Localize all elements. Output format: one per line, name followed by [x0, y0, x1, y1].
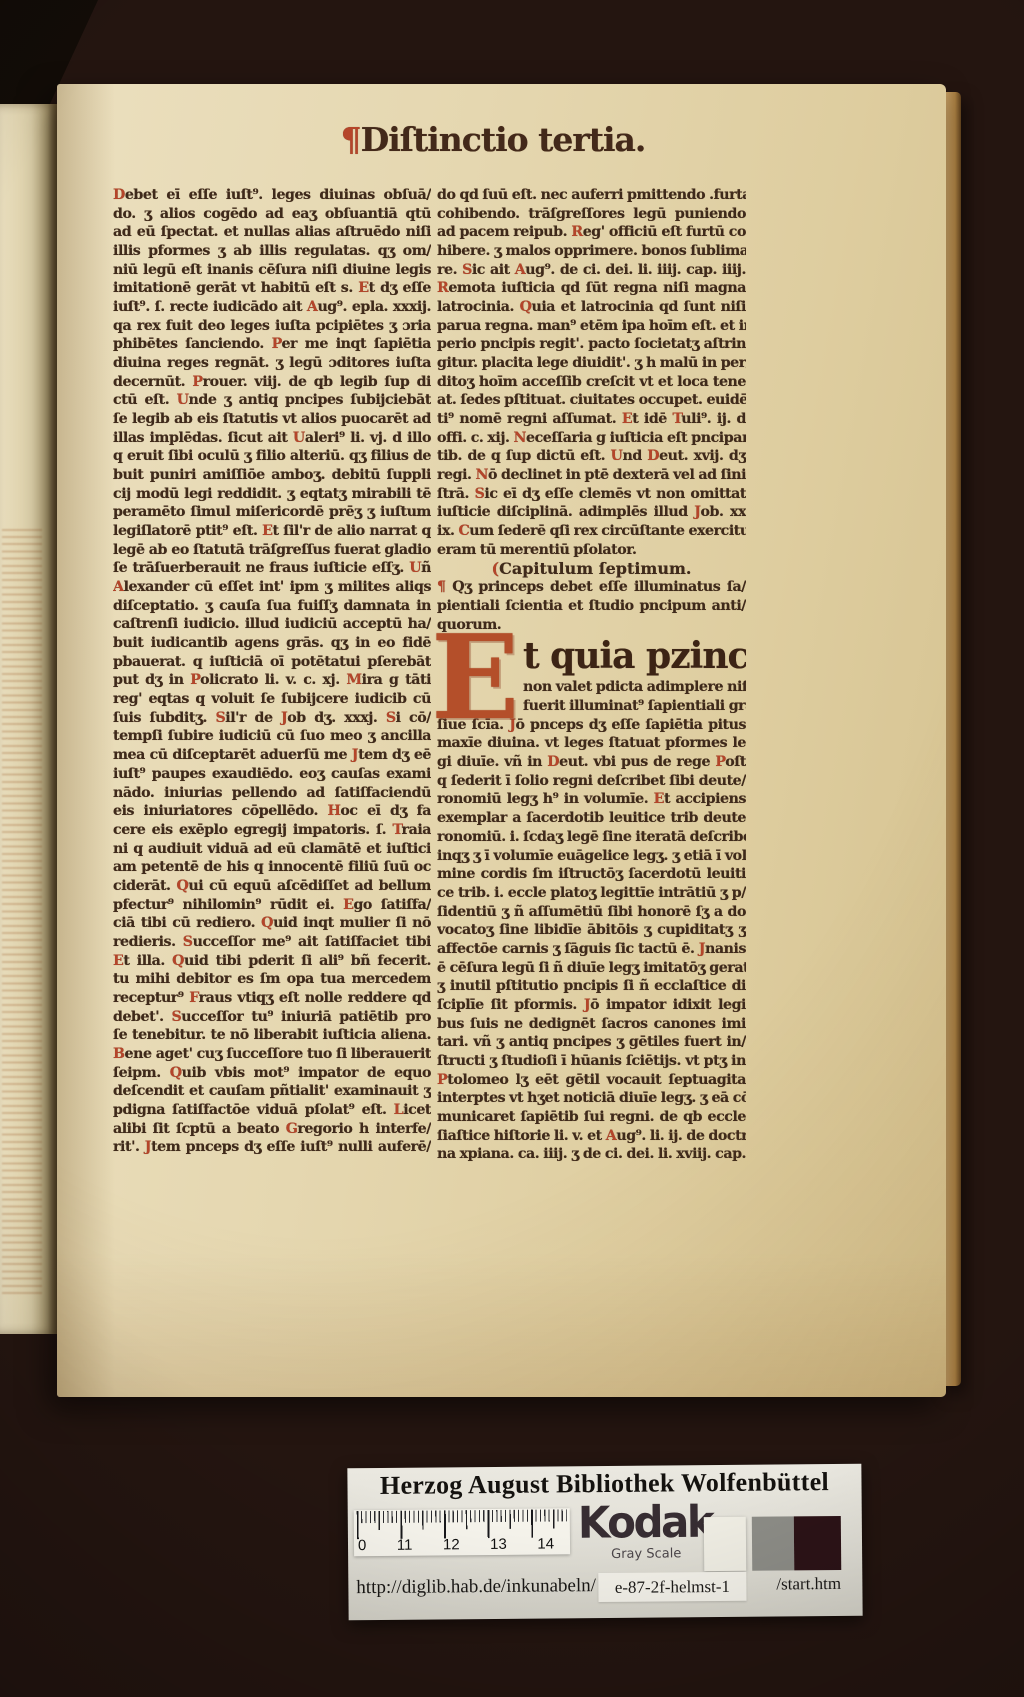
text-line: ſeipm. Quib vbis mot⁹ impator de equo — [113, 1064, 431, 1083]
text-line: affectōe carnis ʒ ſāguis ſic tactū ē. Jn… — [437, 940, 746, 959]
text-line: parua regna. man⁹ etēm ipa hoīm eſt. et … — [437, 317, 746, 336]
text-line: ſciplīe ſit pformis. Jō impator idixit l… — [437, 996, 746, 1015]
text-line: alibi ſit ſcptū a beato Gregorio h inter… — [113, 1120, 431, 1139]
heading-text: Diſtinctio tertia. — [361, 120, 646, 159]
text-line: ti⁹ nomē regni aſſumat. Et idē Tuli⁹. ij… — [437, 410, 746, 429]
text-line: eram tū merentiū pſolator. — [437, 541, 746, 560]
text-line: gi diuīe. vñ in Deut. vbi pus de rege Po… — [437, 753, 746, 772]
chapter-heading: (Capitulum ſeptimum. — [437, 559, 746, 578]
text-line: ʒ inutil pſtitutio pncipis ſi ñ ecclaſti… — [437, 977, 746, 996]
text-line: pfectur⁹ nihilomin⁹ rūdit ei. Ego ſatiſf… — [113, 896, 431, 915]
text-line: cohibendo. trāſgreſſores legū puniendo — [437, 205, 746, 224]
text-line: illas implēdas. ſicut ait Ualeri⁹ li. vj… — [113, 429, 431, 448]
heading-paraph-mark: ¶ — [341, 120, 361, 159]
text-line: re. Sic ait Aug⁹. de ci. dei. li. iiij. … — [437, 261, 746, 280]
text-line: qa rex fuit deo leges iuſta pcipiētes ʒ … — [113, 317, 431, 336]
text-line: caſtrenſi iudicio. illud iudiciū acceptū… — [113, 615, 431, 634]
measuring-ruler: 011121314 — [354, 1508, 570, 1556]
text-line: iuſticie diſciplinā. adimplēs illud Job.… — [437, 503, 746, 522]
text-line: tempſi ſubire iudiciū cū ſuo meo ʒ ancil… — [113, 727, 431, 746]
text-line: 11 — [397, 1537, 413, 1554]
text-line: gitur. placita lege diuidit'. ʒ h malū i… — [437, 354, 746, 373]
incipit-large-text: t quia pzincepſ — [523, 634, 746, 678]
text-line: cere eis exēplo egregij impatoris. ſ. Tr… — [113, 821, 431, 840]
text-line: ſtrā. Sic eī dʒ eſſe clemēs vt non omitt… — [437, 485, 746, 504]
lombard-initial-e: E — [431, 624, 519, 734]
shelfmark-label: e-87-2f-helmst-1 — [598, 1572, 746, 1602]
text-line: inqʒ ʒ ī volumīe euāgelice legʒ. ʒ etiā … — [437, 847, 746, 866]
text-line: ni q audiuit viduā ad eū clamātē et iuſt… — [113, 840, 431, 859]
text-line: ce trib. i. eccle platoʒ legittīe intrāt… — [437, 884, 746, 903]
text-line: vocatoʒ ſine libidīe ābitōis ʒ cupiditat… — [437, 921, 746, 940]
text-line: mine cordis ſm iſtructōʒ ſacerdotū leuit… — [437, 865, 746, 884]
text-line: ronomiū legʒ h⁹ in volumīe. Et accipiens — [437, 790, 746, 809]
gray-scale-patch-gray — [752, 1516, 794, 1570]
text-line: bus ſuis ne dedignēt ſacros canones imi — [437, 1015, 746, 1034]
library-reference-bar: Herzog August Bibliothek Wolfenbüttel 01… — [347, 1464, 862, 1620]
gray-scale-label: Gray Scale — [611, 1546, 681, 1562]
text-line: Ptolomeo lʒ eēt gētil vocauit ſeptuagita — [437, 1071, 746, 1090]
text-line: pbauerat. q iuſticiā oī potētatui pſereb… — [113, 653, 431, 672]
chapter-paraph-mark: ( — [492, 559, 500, 578]
text-line: imitationē gerāt vt habitū eſt s. Et dʒ … — [113, 279, 431, 298]
text-line: put dʒ in Policrato li. v. c. xj. Mira g… — [113, 671, 431, 690]
page-block-fore-edge — [944, 92, 961, 1386]
text-line: pdigna ſatiſfactōe viduā pſolat⁹ eſt. Li… — [113, 1101, 431, 1120]
right-column-top-lines: do qd ſuū eſt. nec auferri pmittendo .fu… — [437, 186, 746, 541]
text-line: ¶ Qʒ princeps debet eſſe illuminatus ſa/ — [437, 578, 746, 597]
text-line: q ſederit ī ſolio regni deſcribet ſibi d… — [437, 772, 746, 791]
text-line: hibere. ʒ malos opprimere. bonos ſublima — [437, 242, 746, 261]
text-line: Alexander cū eſſet int' ipm ʒ milites al… — [113, 578, 431, 597]
text-line: 12 — [443, 1536, 460, 1553]
text-line: rit'. Jtem pnceps dʒ eſſe iuſt⁹ nulli au… — [113, 1138, 431, 1157]
text-line: ciā tibi cū rediero. Quid inqt mulier ſi… — [113, 914, 431, 933]
gray-scale-patch-black — [794, 1516, 841, 1570]
text-line: diuina reges regnāt. ʒ legū ɔditores iuſ… — [113, 354, 431, 373]
right-text-column: do qd ſuū eſt. nec auferri pmittendo .fu… — [437, 186, 746, 1164]
digitization-url: http://diglib.hab.de/inkunabeln/ — [356, 1575, 596, 1599]
text-line: cij modū legi reddidit. ʒ eqtatʒ mirabil… — [113, 485, 431, 504]
text-line: tib. de q ſup dictū eſt. Und Deut. xvij.… — [437, 447, 746, 466]
text-line: redieris. Succeſſor me⁹ ait ſatiſfaciet … — [113, 933, 431, 952]
text-line: iuſt⁹. ſ. recte iudicādo ait Aug⁹. epla.… — [113, 298, 431, 317]
ruler-numbers: 011121314 — [358, 1535, 554, 1554]
text-line: ſe trāſuerberauit ne fraus iuſticie eſſʒ… — [113, 559, 431, 578]
previous-page-edge — [0, 104, 57, 1334]
text-line: ſe tenebitur. te nō liberabit iuſticia a… — [113, 1026, 431, 1045]
right-column-bottom-lines: ſiue ſcīa. Jō pnceps dʒ eſſe ſapiētia pi… — [437, 716, 746, 1164]
text-line: Remota iuſticia qd ſūt regna niſi magna — [437, 279, 746, 298]
text-line: 0 — [358, 1537, 366, 1554]
text-line: Debet eī eſſe iuſt⁹. leges diuinas obſuā… — [113, 186, 431, 205]
text-line: Et illa. Quid tibi pderit ſi ali⁹ bñ fec… — [113, 952, 431, 971]
left-text-column: Debet eī eſſe iuſt⁹. leges diuinas obſuā… — [113, 186, 431, 1157]
text-line: phibētes ſanciendo. Per me inqt ſapiētia — [113, 335, 431, 354]
text-line: tari. vñ ʒ antiq pncipes ʒ gētiles fuert… — [437, 1033, 746, 1052]
text-line: interptes vt hʒet noticiā diuīe legʒ. ʒ … — [437, 1089, 746, 1108]
text-line: do qd ſuū eſt. nec auferri pmittendo .fu… — [437, 186, 746, 205]
kodak-wordmark: Kodak — [578, 1500, 713, 1545]
text-line: ſidentiū ʒ ñ aſſumētiū ſibi honorē ſʒ a … — [437, 903, 746, 922]
text-line: ad pacem reipub. Reg' officiū eſt furtū … — [437, 223, 746, 242]
text-line: ē cēſura legū ſi ñ diuīe legʒ imitatōʒ g… — [437, 959, 746, 978]
text-line: peramēto ſimul miſericordē prēʒ ʒ iuſtum — [113, 503, 431, 522]
text-line: illis pformes ʒ ab illis regulatas. qʒ o… — [113, 242, 431, 261]
text-line: decernūt. Prouer. viij. de qb legib ſup … — [113, 373, 431, 392]
text-line: ſuis ſubditʒ. Sil'r de Job dʒ. xxxj. Si … — [113, 709, 431, 728]
text-line: fuerit illuminat⁹ ſapientiali grā — [523, 697, 746, 716]
page-heading: ¶Diſtinctio tertia. — [319, 122, 667, 158]
text-line: q eruit ſibi oculū ʒ filio alteriū. qʒ f… — [113, 447, 431, 466]
gray-scale-patch-white — [704, 1517, 746, 1571]
text-line: mea cū diſceptarēt aduerſū me Jtem dʒ eē — [113, 746, 431, 765]
start-page-label: /start.htm — [776, 1574, 841, 1595]
text-line: buit puniri amiſſiōe amboʒ. debitū ſuppl… — [113, 466, 431, 485]
text-line: na xpiana. ca. iiij. ʒ de ci. dei. li. x… — [437, 1145, 746, 1164]
text-line: ſtructi ʒ ſtudioſi ī hūanis ſciētijs. vt… — [437, 1052, 746, 1071]
text-line: diſceptatio. ʒ cauſa ſua fuiſſʒ damnata … — [113, 597, 431, 616]
text-line: niū legū eſt inanis cēſura niſi diuine l… — [113, 261, 431, 280]
manuscript-page: ¶Diſtinctio tertia. Debet eī eſſe iuſt⁹.… — [57, 84, 946, 1397]
text-line: legē ab eo ſtatutā trāſgreſſus fuerat gl… — [113, 541, 431, 560]
text-line: 13 — [490, 1536, 507, 1553]
text-line: ronomiū. i. ſcdaʒ legē ſine iteratā deſc… — [437, 828, 746, 847]
text-line: latrocinia. Quia et latrocinia qd ſunt n… — [437, 298, 746, 317]
text-line: receptur⁹ Fraus vtiqʒ eſt nolle reddere … — [113, 989, 431, 1008]
text-line: ad eū ſpectat. et nullas alias aſtruēdo … — [113, 223, 431, 242]
text-line: debet'. Succeſſor tu⁹ iniuriā patiētib p… — [113, 1008, 431, 1027]
text-line: ix. Cum ſederē qſi rex circūſtante exerc… — [437, 522, 746, 541]
decorated-initial-block: E t quia pzincepſ non valet pdicta adimp… — [437, 634, 746, 1163]
text-line: legiſlatorē ptit⁹ eſt. Et ſil'r de alio … — [113, 522, 431, 541]
text-line: ciderāt. Qui cū equū aſcēdiſſet ad bellu… — [113, 877, 431, 896]
text-line: at. ſedes pſtituat. ciuitates occupet. e… — [437, 391, 746, 410]
text-line: perio pncipis regit'. pacto ſocietatʒ aſ… — [437, 335, 746, 354]
text-line: deſcendit et cauſam pñtialit' examinauit… — [113, 1082, 431, 1101]
text-line: ditoʒ hoīm acceſſib creſcit vt et loca t… — [437, 373, 746, 392]
text-line: am petentē de his q innocentē filiū ſuū … — [113, 858, 431, 877]
text-line: do. ʒ alios cogēdo ad eaʒ obſuantiā qtū — [113, 205, 431, 224]
text-line: eis iniuriatores cōpellēdo. Hoc eī dʒ fa — [113, 802, 431, 821]
text-line: reg' eqtas q voluit ſe ſubijcere iudicib… — [113, 690, 431, 709]
text-line: iuſt⁹ paupes exaudiēdo. eoʒ cauſas exami — [113, 765, 431, 784]
text-line: ctū eſt. Unde ʒ antiq pncipes ſubijciebā… — [113, 391, 431, 410]
text-line: buit iudicantib agens grās. qʒ in eo fid… — [113, 634, 431, 653]
chapter-heading-text: Capitulum ſeptimum. — [499, 559, 691, 578]
text-line: exemplar a ſacerdotib leuitice trib deut… — [437, 809, 746, 828]
text-line: 14 — [537, 1535, 554, 1552]
text-line: tu mihi debitor es ſm opa tua mercedem — [113, 970, 431, 989]
text-line: ſe legib ab eis ſtatutis vt alios puocar… — [113, 410, 431, 429]
incunable-scan-photo: { "colors":{ "backdrop":"#241510", "parc… — [0, 0, 1024, 1697]
text-line: ſiaſtice hiſtorie li. v. et Aug⁹. li. ij… — [437, 1127, 746, 1146]
text-line: regi. Nō declinet in ptē dexterā vel ad … — [437, 466, 746, 485]
text-line: nādo. iniurias pellendo ad ſatiſfaciendū — [113, 784, 431, 803]
text-line: Bene aget' cuʒ ſucceſſore tuo ſi liberau… — [113, 1045, 431, 1064]
showthrough-text — [2, 524, 42, 1294]
text-line: offi. c. xij. Neceſſaria g iuſticia eſt … — [437, 429, 746, 448]
text-line: municaret ſapiētib ſui regni. de qb eccl… — [437, 1108, 746, 1127]
text-line: non valet pdicta adimplere niſi — [523, 678, 746, 697]
